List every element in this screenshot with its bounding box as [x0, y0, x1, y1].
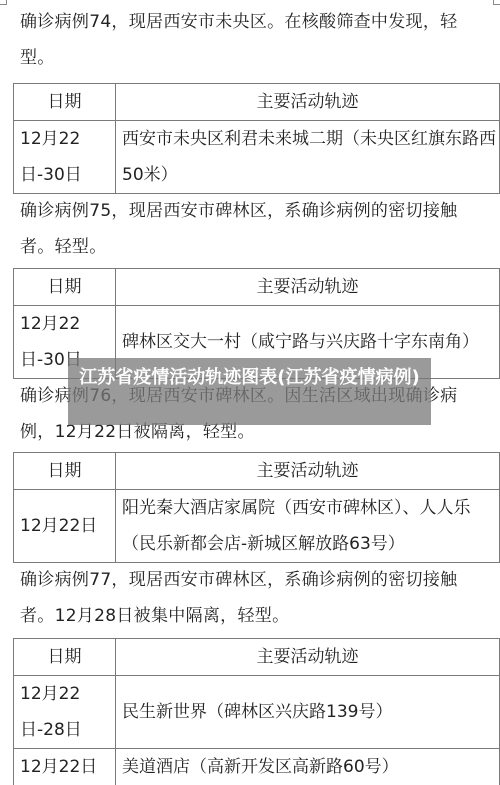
- table-header-row: 日期 主要活动轨迹: [14, 269, 500, 306]
- date-cell: 12月22日: [14, 749, 116, 785]
- track-cell: 阳光秦大酒店家属院（西安市碑林区）、人人乐（民乐新都会店-新城区解放路63号）: [116, 490, 500, 563]
- table-header-row: 日期 主要活动轨迹: [14, 84, 500, 121]
- track-cell: 美道酒店（高新开发区高新路60号）: [116, 749, 500, 785]
- table-header-row: 日期 主要活动轨迹: [14, 639, 500, 676]
- table-row: 12月22日 阳光秦大酒店家属院（西安市碑林区）、人人乐（民乐新都会店-新城区解…: [14, 490, 500, 563]
- date-cell: 12月22日: [14, 490, 116, 563]
- title-overlay-banner: 江苏省疫情活动轨迹图表(江苏省疫情病例): [68, 358, 431, 425]
- case-74-description: 确诊病例74，现居西安市未央区。在核酸筛查中发现，轻型。: [20, 4, 490, 76]
- date-header: 日期: [14, 639, 116, 676]
- date-header: 日期: [14, 84, 116, 121]
- case-77-table: 日期 主要活动轨迹 12月22日-28日 民生新世界（碑林区兴庆路139号） 1…: [13, 638, 500, 785]
- date-cell: 12月22日-30日: [14, 121, 116, 194]
- case-77-description: 确诊病例77，现居西安市碑林区，系确诊病例的密切接触者。12月28日被集中隔离，…: [20, 562, 490, 634]
- date-cell: 12月22日-28日: [14, 676, 116, 749]
- track-cell: 民生新世界（碑林区兴庆路139号）: [116, 676, 500, 749]
- table-row: 12月22日 美道酒店（高新开发区高新路60号）: [14, 749, 500, 785]
- track-header: 主要活动轨迹: [116, 269, 500, 306]
- case-76-table: 日期 主要活动轨迹 12月22日 阳光秦大酒店家属院（西安市碑林区）、人人乐（民…: [13, 452, 500, 563]
- table-row: 12月22日-28日 民生新世界（碑林区兴庆路139号）: [14, 676, 500, 749]
- crop-mark-top-left: [0, 0, 7, 5]
- track-cell: 西安市未央区利君未来城二期（未央区红旗东路西50米）: [116, 121, 500, 194]
- track-header: 主要活动轨迹: [116, 639, 500, 676]
- table-row: 12月22日-30日 西安市未央区利君未来城二期（未央区红旗东路西50米）: [14, 121, 500, 194]
- crop-mark-top-right: [493, 0, 500, 5]
- date-header: 日期: [14, 269, 116, 306]
- case-75-description: 确诊病例75，现居西安市碑林区，系确诊病例的密切接触者。轻型。: [20, 193, 490, 265]
- table-header-row: 日期 主要活动轨迹: [14, 453, 500, 490]
- case-74-table: 日期 主要活动轨迹 12月22日-30日 西安市未央区利君未来城二期（未央区红旗…: [13, 83, 500, 194]
- track-header: 主要活动轨迹: [116, 84, 500, 121]
- date-header: 日期: [14, 453, 116, 490]
- track-header: 主要活动轨迹: [116, 453, 500, 490]
